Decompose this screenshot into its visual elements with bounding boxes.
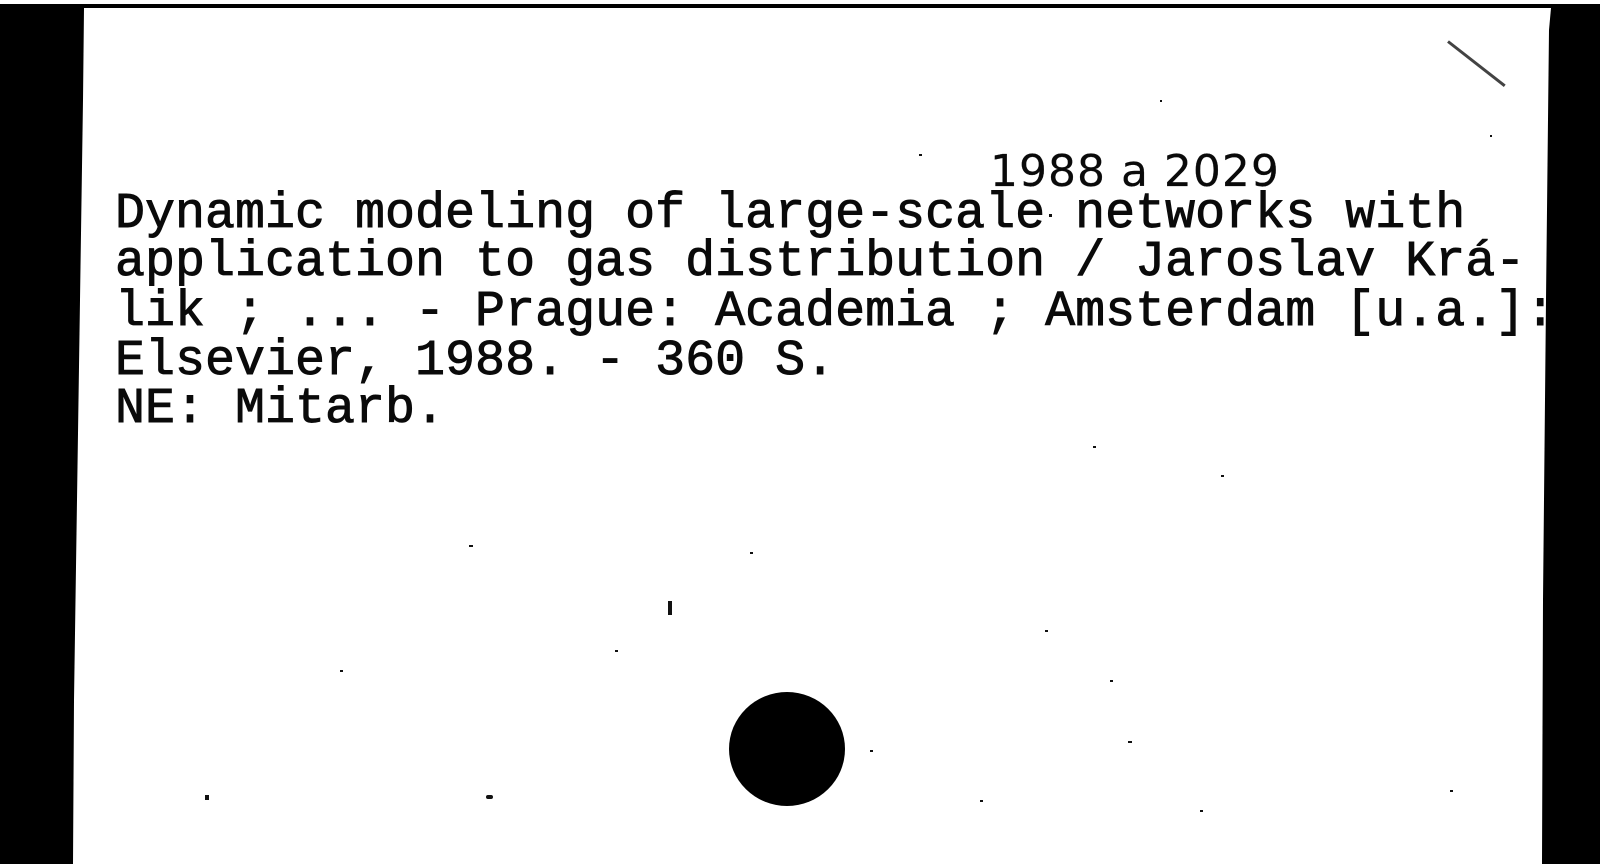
- ink-speck: [1450, 790, 1453, 792]
- title-line-1: Dynamic modeling of large-scale networks…: [115, 190, 1465, 240]
- ink-speck: [1221, 475, 1224, 477]
- publisher-line: Elsevier, 1988. - 360 S.: [115, 337, 835, 387]
- imprint-line: lik ; ... - Prague: Academia ; Amsterdam…: [115, 288, 1555, 338]
- ink-speck: [205, 795, 209, 800]
- ink-speck: [340, 670, 343, 672]
- ink-speck: [750, 552, 753, 554]
- ink-speck: [980, 800, 983, 802]
- ink-speck: [919, 154, 922, 156]
- ink-speck: [1049, 214, 1052, 217]
- ink-speck: [1490, 135, 1492, 137]
- scanned-catalog-card-page: 1988 a 2029 Dynamic modeling of large-sc…: [0, 0, 1600, 864]
- note-line: NE: Mitarb.: [115, 385, 445, 435]
- ink-speck: [615, 650, 618, 652]
- ink-speck: [1093, 446, 1096, 448]
- ink-speck: [1160, 100, 1162, 102]
- title-line-2: application to gas distribution / Jarosl…: [115, 238, 1525, 288]
- scan-top-margin: [0, 0, 1600, 4]
- ink-speck: [870, 750, 873, 752]
- catalog-card: 1988 a 2029 Dynamic modeling of large-sc…: [0, 0, 1600, 864]
- ink-speck: [1110, 680, 1113, 682]
- punch-hole: [729, 692, 845, 806]
- ink-speck: [668, 601, 672, 615]
- ink-speck: [469, 545, 473, 547]
- ink-speck: [1128, 741, 1132, 743]
- ink-speck: [486, 795, 493, 799]
- ink-speck: [1200, 810, 1203, 812]
- ink-speck: [1045, 630, 1048, 632]
- scratch-mark: [1447, 40, 1506, 87]
